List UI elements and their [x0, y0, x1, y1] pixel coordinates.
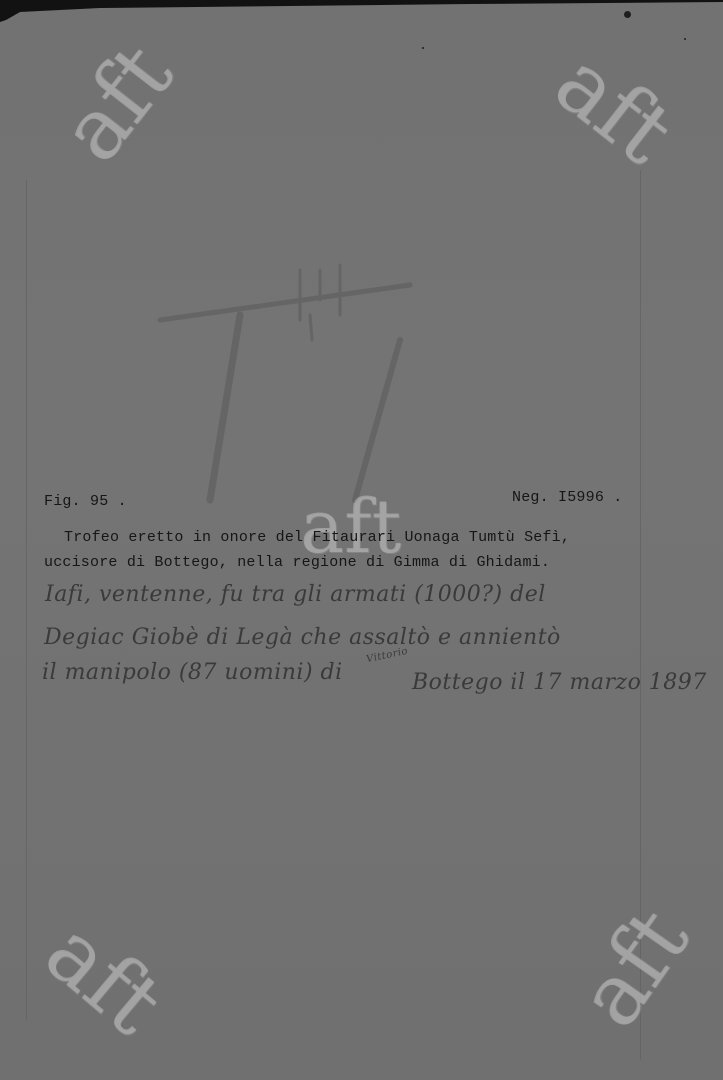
dust-speck: [684, 38, 686, 40]
dust-speck: [624, 11, 631, 18]
handwritten-note-line-1: Iafi, ventenne, fu tra gli armati (1000?…: [45, 582, 546, 607]
card-left-edge-line: [26, 180, 27, 1020]
watermark-center: aft: [300, 490, 401, 564]
caption-line-1: Trofeo eretto in onore del Fitaurari Uon…: [64, 529, 570, 546]
scan-edge-shadow: [0, 0, 723, 22]
handwritten-note-line-2: Degiac Giobè di Legà che assaltò e annie…: [44, 625, 561, 650]
handwritten-note-line-3-end: Bottego il 17 marzo 1897: [412, 670, 707, 695]
negative-number: Neg. I5996 .: [512, 489, 622, 506]
figure-number: Fig. 95 .: [44, 493, 127, 510]
handwritten-note-line-3: il manipolo (87 uomini) di: [42, 660, 343, 685]
dust-speck: [422, 47, 424, 49]
faded-trophy-photograph: [140, 230, 460, 510]
caption-line-2: uccisore di Bottego, nella regione di Gi…: [44, 554, 550, 571]
